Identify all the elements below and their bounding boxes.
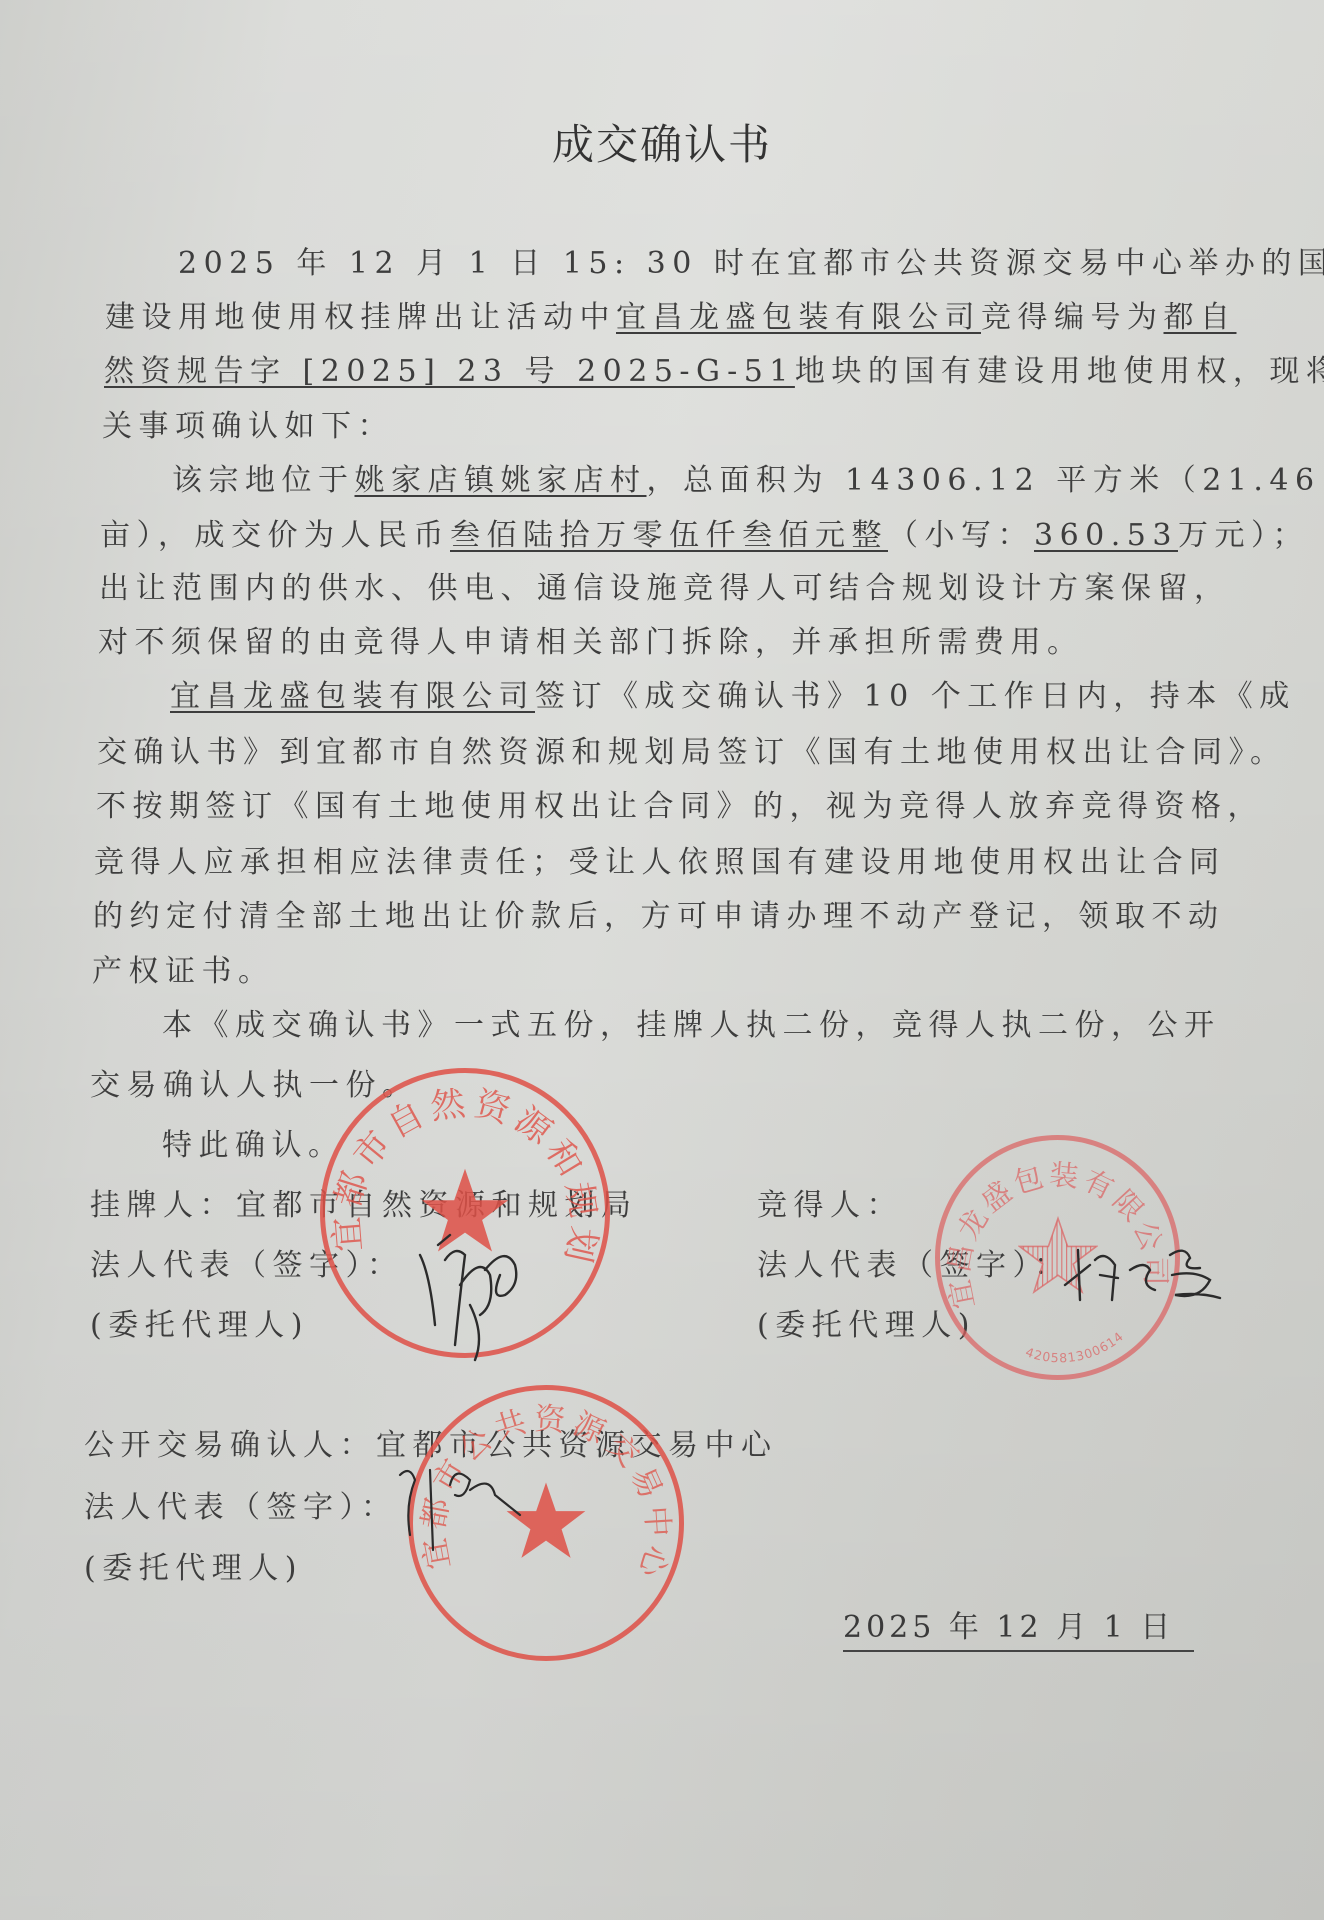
paragraph-parcel-line: 出让范围内的供水、供电、通信设施竞得人可结合规划设计方案保留， [99,563,1231,607]
paragraph-contract-line: 的约定付清全部土地出让价款后，方可申请办理不动产登记，领取不动 [93,891,1225,935]
text-run: 亩），成交价为人民币 [100,518,450,553]
paragraph-contract-line: 交确认书》到宜都市自然资源和规划局签订《国有土地使用权出让合同》。 [97,727,1287,771]
text-run: 的约定付清全部土地出让价款后，方可申请办理不动产登记，领取不动 [93,899,1225,934]
paragraph-contract-line: 竞得人应承担相应法律责任；受让人依照国有建设用地使用权出让合同 [94,837,1226,881]
paragraph-parcel-line: 该宗地位于姚家店镇姚家店村，总面积为 14306.12 平方米（21.46 [172,455,1321,499]
text-run: 出让范围内的供水、供电、通信设施竞得人可结合规划设计方案保留， [99,571,1231,606]
text-run: 地块的国有建设用地使用权，现将有 [795,354,1324,389]
underlined-fill-in: 然资规告字 [2025] 23 号 2025-G-51 [104,354,795,389]
document-date: 2025 年 12 月 1 日 [843,1602,1194,1652]
winner-handwritten-signature [1060,1240,1230,1310]
paragraph-contract-line: 不按期签订《国有土地使用权出让合同》的，视为竞得人放弃竞得资格， [96,781,1264,825]
paragraph-intro-line: 然资规告字 [2025] 23 号 2025-G-51地块的国有建设用地使用权，… [104,346,1324,390]
winner-rep-label: 法人代表（签字）： [757,1240,1071,1284]
svg-text:宜昌龙盛包装有限公司: 宜昌龙盛包装有限公司 [941,1157,1173,1311]
paragraph-contract-line: 产权证书。 [92,946,275,990]
confirmer-handwritten-signature [395,1455,535,1555]
paragraph-intro-line: 建设用地使用权挂牌出让活动中宜昌龙盛包装有限公司竞得编号为都自 [105,292,1237,336]
winner-agent-label: (委托代理人) [757,1300,976,1344]
lister-handwritten-signature [410,1215,540,1365]
paragraph-intro-line: 关事项确认如下： [102,401,394,445]
text-run: 不按期签订《国有土地使用权出让合同》的，视为竞得人放弃竞得资格， [96,789,1264,824]
lister-agent-label: (委托代理人) [90,1300,309,1344]
text-run: 交确认书》到宜都市自然资源和规划局签订《国有土地使用权出让合同》。 [97,735,1287,770]
text-run: 建设用地使用权挂牌出让活动中 [105,300,616,335]
text-run: 关事项确认如下： [102,409,394,444]
confirmer-agent-label: (委托代理人) [84,1543,303,1587]
svg-text:420581300614: 420581300614 [1024,1328,1127,1365]
confirmer-rep-label: 法人代表（签字）： [84,1482,398,1526]
text-run: 本《成交确认书》一式五份，挂牌人执二份，竞得人执二份，公开 [162,1008,1221,1043]
paragraph-intro-line: 2025 年 12 月 1 日 15: 30 时在宜都市公共资源交易中心举办的国… [178,238,1324,282]
text-run: （小写： [888,518,1034,553]
paragraph-parcel-line: 亩），成交价为人民币叁佰陆拾万零伍仟叁佰元整（小写：360.53万元）； [100,510,1309,554]
confirmer-role-line: 公开交易确认人：宜都市公共资源交易中心 [84,1420,778,1464]
paragraph-contract-line: 宜昌龙盛包装有限公司签订《成交确认书》10 个工作日内，持本《成 [170,671,1296,715]
text-run: 该宗地位于 [172,463,355,498]
text-run: 竞得人应承担相应法律责任；受让人依照国有建设用地使用权出让合同 [94,845,1226,880]
text-run: 竞得编号为 [981,300,1164,335]
lister-rep-label: 法人代表（签字）： [90,1240,404,1284]
lister-role-line: 挂牌人：宜都市自然资源和规划局 [90,1180,638,1224]
paragraph-copies-line: 本《成交确认书》一式五份，挂牌人执二份，竞得人执二份，公开 [162,1000,1221,1044]
underlined-fill-in: 姚家店镇姚家店村 [355,463,647,498]
underlined-fill-in: 宜昌龙盛包装有限公司 [170,679,535,714]
seal-star-icon [505,1480,587,1566]
text-run: 2025 年 12 月 1 日 15: 30 时在宜都市公共资源交易中心举办的国… [178,246,1324,281]
underlined-fill-in: 宜昌龙盛包装有限公司 [616,300,981,335]
text-run: 交易确认人执一份。 [90,1068,419,1103]
underlined-fill-in: 叁佰陆拾万零伍仟叁佰元整 [450,518,888,553]
underlined-fill-in: 360.53 [1034,518,1178,553]
paragraph-closing-line: 特此确认。 [162,1120,345,1164]
underlined-fill-in: 都自 [1164,300,1237,335]
text-run: 万元）； [1178,518,1309,553]
text-run: 产权证书。 [92,954,275,989]
text-run: 特此确认。 [162,1128,345,1163]
text-run: ，总面积为 14306.12 平方米（21.46 [647,463,1321,498]
winner-role-line: 竞得人： [757,1180,903,1224]
paragraph-copies-line: 交易确认人执一份。 [90,1060,419,1104]
paragraph-parcel-line: 对不须保留的由竞得人申请相关部门拆除，并承担所需费用。 [98,617,1084,661]
text-run: 签订《成交确认书》10 个工作日内，持本《成 [535,679,1296,714]
text-run: 对不须保留的由竞得人申请相关部门拆除，并承担所需费用。 [98,625,1084,660]
document-title: 成交确认书 [0,112,1324,172]
